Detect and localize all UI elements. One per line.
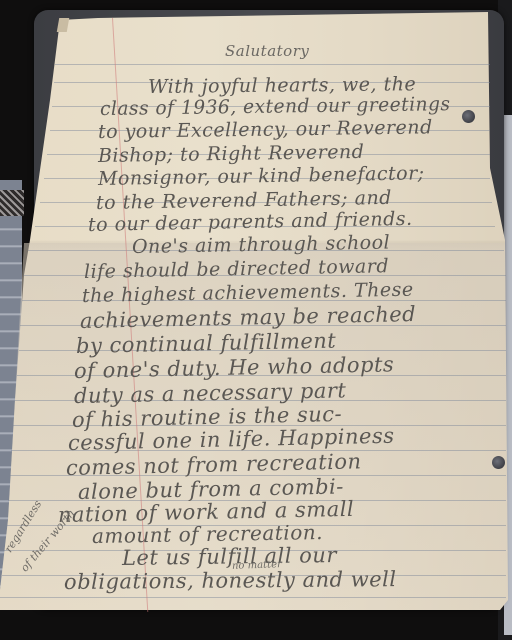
- rule-line: [0, 597, 506, 598]
- background-patterned-fabric: [0, 190, 24, 216]
- document-title: Salutatory: [225, 42, 309, 60]
- text-line: One's aim through school: [132, 231, 391, 258]
- interlinear-insert: no matter: [232, 559, 282, 572]
- text-line: Let us fulfill all our: [122, 543, 337, 570]
- punch-hole: [462, 110, 475, 123]
- text-line: to your Excellency, our Reverend: [98, 116, 433, 143]
- rule-line: [55, 64, 490, 65]
- photo-scene: Salutatory With joyful hearts, we, the c…: [0, 0, 512, 640]
- text-line: obligations, honestly and well: [64, 567, 397, 594]
- punch-hole: [492, 456, 505, 469]
